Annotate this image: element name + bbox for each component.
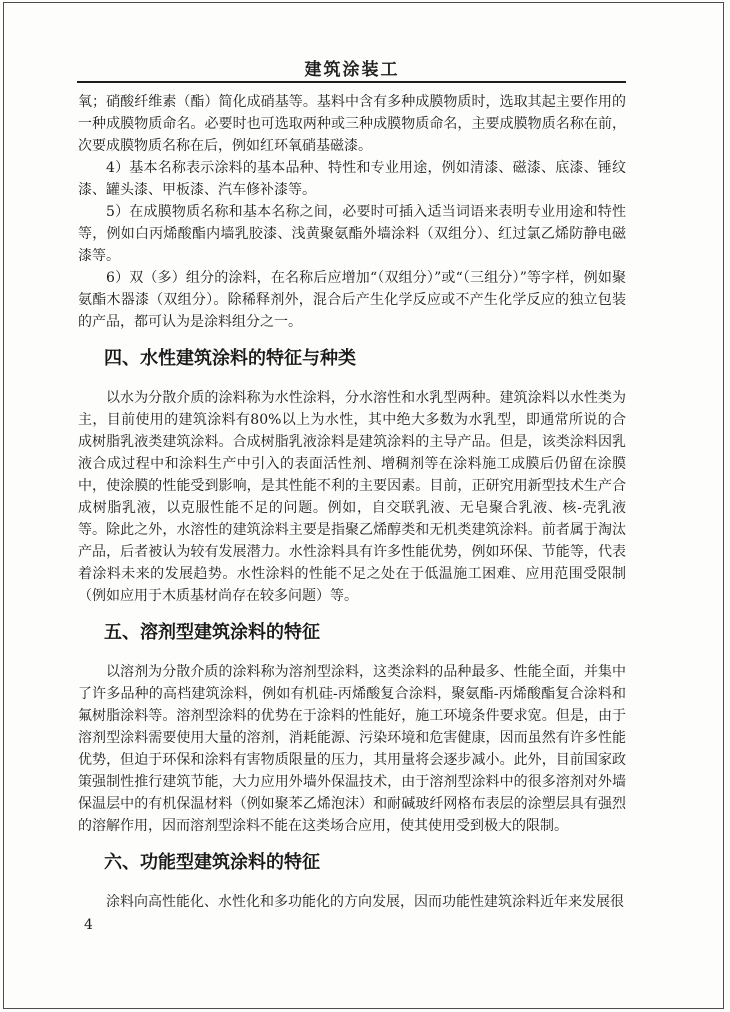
paragraph: 6）双（多）组分的涂料，在名称后应增加“（双组分）”或“（三组分）”等字样，例如… <box>78 267 626 333</box>
paragraph: 以溶剂为分散介质的涂料称为溶剂型涂料，这类涂料的品种最多、性能全面，并集中了许多… <box>78 661 626 837</box>
paragraph: 4）基本名称表示涂料的基本品种、特性和专业用途，例如清漆、磁漆、底漆、锤纹漆、罐… <box>78 157 626 201</box>
paragraph: 涂料向高性能化、水性化和多功能化的方向发展，因而功能性建筑涂料近年来发展很 <box>78 891 626 913</box>
page-number: 4 <box>84 917 93 933</box>
section-heading: 四、水性建筑涂料的特征与种类 <box>104 347 626 371</box>
scanned-page: 建筑涂装工 氧；硝酸纤维素（酯）简化成硝基等。基料中含有多种成膜物质时，选取其起… <box>0 0 730 1012</box>
paragraph: 5）在成膜物质名称和基本名称之间，必要时可插入适当词语来表明专业用途和特性等，例… <box>78 201 626 267</box>
section-heading: 六、功能型建筑涂料的特征 <box>104 851 626 875</box>
page-content: 氧；硝酸纤维素（酯）简化成硝基等。基料中含有多种成膜物质时，选取其起主要作用的一… <box>78 91 626 913</box>
paragraph: 以水为分散介质的涂料称为水性涂料，分水溶性和水乳型两种。建筑涂料以水性类为主，目… <box>78 387 626 607</box>
running-head-title: 建筑涂装工 <box>78 55 626 80</box>
section-heading: 五、溶剂型建筑涂料的特征 <box>104 621 626 645</box>
paragraph: 氧；硝酸纤维素（酯）简化成硝基等。基料中含有多种成膜物质时，选取其起主要作用的一… <box>78 91 626 157</box>
header-rule <box>77 81 626 83</box>
